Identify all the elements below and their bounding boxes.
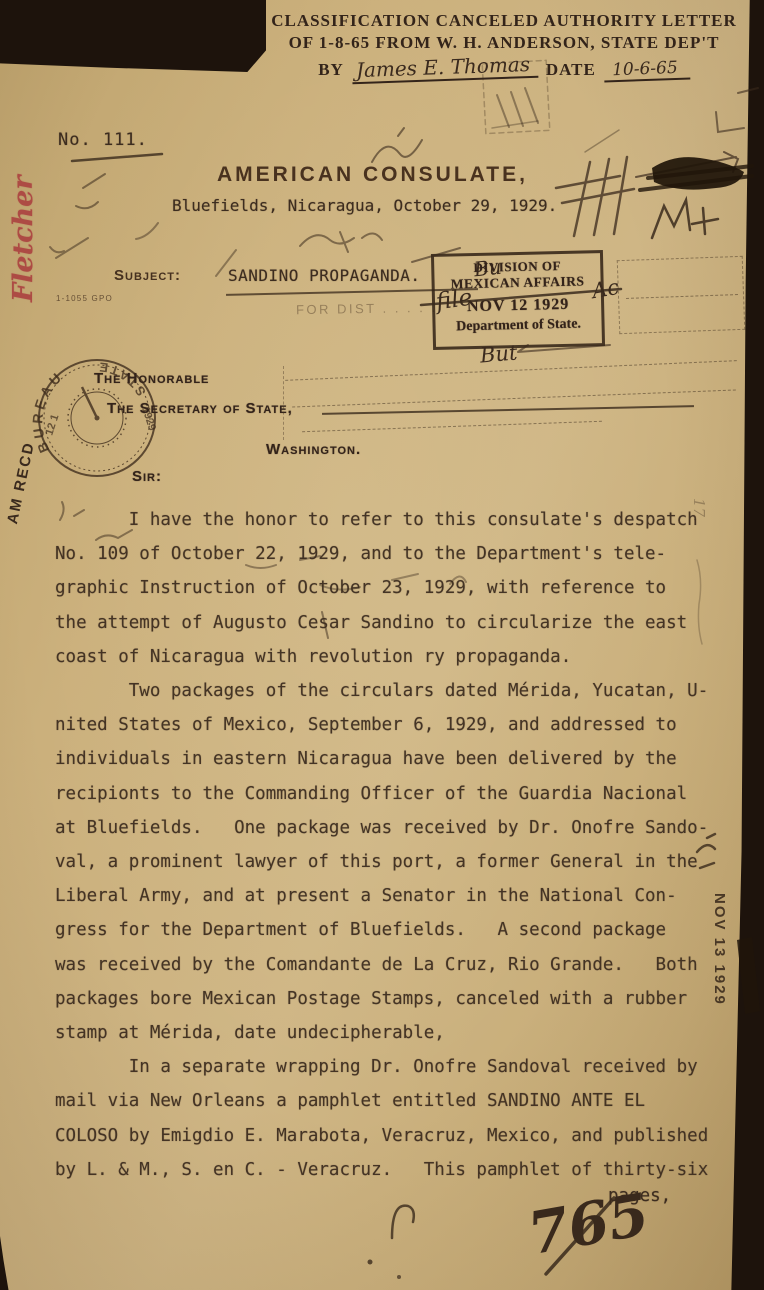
body-line: packages bore Mexican Postage Stamps, ca…: [55, 982, 735, 1016]
classification-canceled-stamp: CLASSIFICATION CANCELED AUTHORITY LETTER…: [262, 10, 746, 81]
despatch-number: No. 111.: [58, 130, 148, 150]
body-line: In a separate wrapping Dr. Onofre Sandov…: [55, 1050, 735, 1084]
classification-line2: OF 1-8-65 FROM W. H. ANDERSON, STATE DEP…: [262, 32, 746, 54]
but-handwritten-note: But: [479, 340, 518, 367]
body-line: Two packages of the circulars dated Méri…: [55, 674, 735, 708]
body-line: stamp at Mérida, date undecipherable,: [55, 1016, 735, 1050]
body-line: val, a prominent lawyer of this port, a …: [55, 845, 735, 879]
body-line: nited States of Mexico, September 6, 192…: [55, 708, 735, 742]
nov-13-date-stamp: NOV 13 1929: [711, 893, 728, 1023]
canceled-by-signature: James E. Thomas: [351, 52, 538, 84]
body-line: graphic Instruction of October 23, 1929,…: [55, 571, 735, 605]
stamp-text-bureau: BUREAU: [29, 368, 67, 456]
addressee-secretary: The Secretary of State,: [107, 400, 293, 417]
body-line: I have the honor to refer to this consul…: [55, 503, 735, 537]
consulate-title: AMERICAN CONSULATE,: [200, 163, 545, 187]
classification-line1: CLASSIFICATION CANCELED AUTHORITY LETTER: [262, 10, 746, 32]
for-dist-faint-stamp: FOR DIST . . . . .: [296, 300, 438, 317]
file-handwritten-note: file: [434, 285, 474, 316]
backdrop-corner-top-left: [0, 0, 266, 72]
classification-date-label: DATE: [546, 59, 596, 81]
fletcher-margin-note: Fletcher: [8, 132, 39, 302]
body-line: at Bluefields. One package was received …: [55, 811, 735, 845]
body-line: coast of Nicaragua with revolution ry pr…: [55, 640, 735, 674]
body-line: Liberal Army, and at present a Senator i…: [55, 879, 735, 913]
body-line: No. 109 of October 22, 1929, and to the …: [55, 537, 735, 571]
ac-handwritten-note: Ac: [590, 275, 621, 303]
scanned-document-page: CLASSIFICATION CANCELED AUTHORITY LETTER…: [0, 0, 764, 1290]
canceled-date-value: 10-6-65: [603, 58, 690, 83]
addressee-honorable: The Honorable: [94, 370, 209, 387]
body-line: individuals in eastern Nicaragua have be…: [55, 742, 735, 776]
subject-label: Subject:: [114, 267, 181, 284]
body-line: mail via New Orleans a pamphlet entitled…: [55, 1084, 735, 1118]
form-number: 1-1055 GPO: [56, 294, 113, 303]
body-line: recipionts to the Commanding Officer of …: [55, 777, 735, 811]
body-line: gress for the Department of Bluefields. …: [55, 913, 735, 947]
svg-text:BUREAU: BUREAU: [29, 368, 67, 456]
division-stamp-line4: Department of State.: [435, 316, 601, 336]
body-line: COLOSO by Emigdio E. Marabota, Veracruz,…: [55, 1119, 735, 1153]
subject-value: SANDINO PROPAGANDA.: [228, 266, 421, 285]
salutation: Sir:: [132, 468, 162, 485]
addressee-washington: Washington.: [266, 441, 361, 458]
body-line: was received by the Comandante de La Cru…: [55, 948, 735, 982]
letter-body: I have the honor to refer to this consul…: [55, 503, 735, 1187]
stamp-hour-numerals: 12 1: [43, 413, 61, 437]
dateline: Bluefields, Nicaragua, October 29, 1929.: [172, 196, 557, 215]
body-line: the attempt of Augusto Cesar Sandino to …: [55, 606, 735, 640]
faint-dash-edge: [283, 366, 284, 440]
file-number-faint-note: 17.: [690, 498, 708, 648]
classification-by-label: BY: [318, 59, 344, 81]
